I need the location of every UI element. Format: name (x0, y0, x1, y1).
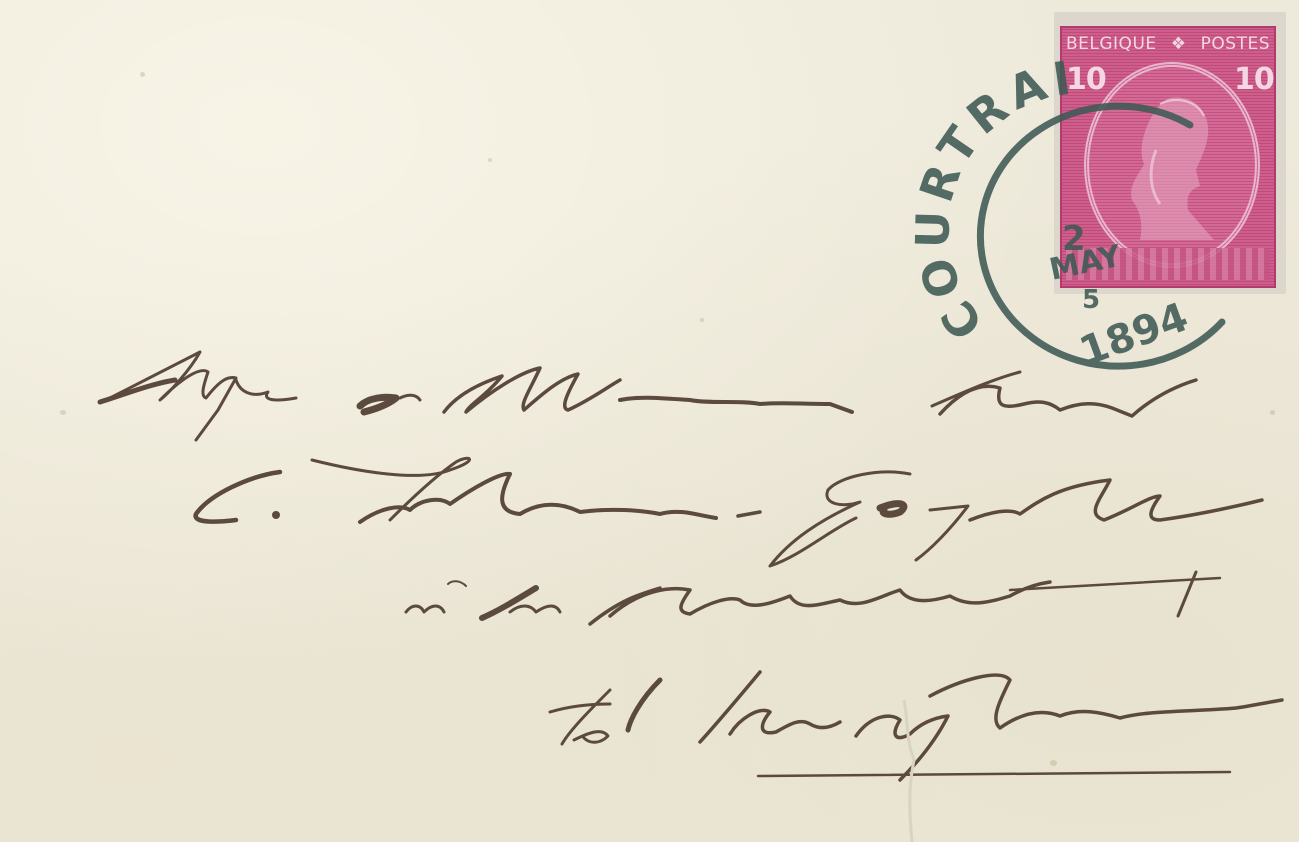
svg-text:COURTRAI: COURTRAI (905, 50, 1080, 350)
postmark-hour: 5 (1082, 285, 1100, 315)
address-line-1-script (100, 352, 1196, 440)
postmark: COURTRAI 2 MAY 5 1894 (905, 50, 1222, 375)
address-line-3-script (406, 572, 1220, 624)
address-line-4-script (550, 672, 1282, 780)
postmark-town: COURTRAI (905, 50, 1080, 350)
ink-overlay: COURTRAI 2 MAY 5 1894 (0, 0, 1299, 842)
postmark-month: MAY (1046, 238, 1125, 287)
envelope: BELGIQUE ❖ POSTES 10 10 COURTRAI 2 MAY 5… (0, 0, 1299, 842)
address-line-2-script (196, 458, 1262, 566)
